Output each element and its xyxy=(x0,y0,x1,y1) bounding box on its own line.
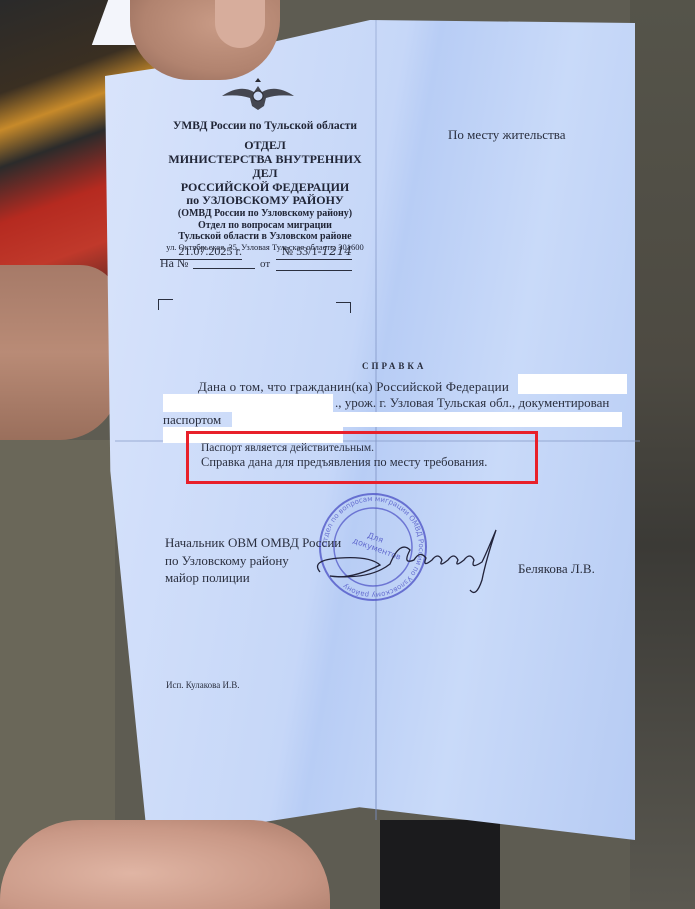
registration-prefix: № 53/1- xyxy=(282,244,322,258)
department-short: (ОМВД России по Узловскому району) xyxy=(160,208,370,220)
signer-position: Начальник ОВМ ОМВД России по Узловскому … xyxy=(165,534,341,587)
department-line: по УЗЛОВСКОМУ РАЙОНУ xyxy=(160,194,370,208)
body-text: ., урож. г. Узловая Тульская обл., докум… xyxy=(335,395,609,411)
corner-mark xyxy=(336,302,351,313)
corner-mark xyxy=(158,299,173,310)
reference-label: На № xyxy=(160,256,188,271)
reference-from-blank xyxy=(276,270,352,271)
signer-position-line: Начальник ОВМ ОМВД России xyxy=(165,534,341,552)
department-line: МИНИСТЕРСТВА ВНУТРЕННИХ ДЕЛ xyxy=(160,153,370,181)
subdivision-line: Отдел по вопросам миграции xyxy=(160,220,370,232)
body-text: паспортом xyxy=(163,412,221,428)
background-arm xyxy=(0,265,120,440)
redaction-box xyxy=(518,374,627,394)
addressee: По месту жительства xyxy=(448,127,565,143)
hand-bottom xyxy=(0,820,330,909)
redaction-box xyxy=(232,412,622,427)
signer-name: Белякова Л.В. xyxy=(518,561,595,577)
department-line: РОССИЙСКОЙ ФЕДЕРАЦИИ xyxy=(160,181,370,195)
reference-from-label: от xyxy=(260,258,270,270)
signer-position-line: майор полиции xyxy=(165,569,341,587)
letterhead: УМВД России по Тульской области ОТДЕЛ МИ… xyxy=(160,120,370,252)
body-text: Дана о том, что гражданин(ка) Российской… xyxy=(198,379,509,395)
background-leg xyxy=(380,820,500,909)
registration-number: № 53/1-1214 xyxy=(276,244,352,260)
document-title: СПРАВКА xyxy=(362,361,426,371)
background-right xyxy=(630,0,695,909)
thumb xyxy=(215,0,265,48)
reference-blank xyxy=(193,268,255,269)
department-line: ОТДЕЛ xyxy=(160,139,370,153)
authority-name: УМВД России по Тульской области xyxy=(160,120,370,133)
registration-handwritten: 1214 xyxy=(321,244,352,258)
highlight-annotation xyxy=(186,431,538,484)
eagle-emblem-icon xyxy=(220,76,296,112)
subdivision-line: Тульской области в Узловском районе xyxy=(160,231,370,243)
signer-position-line: по Узловскому району xyxy=(165,552,341,570)
redaction-box xyxy=(163,394,333,412)
executor: Исп. Кулакова И.В. xyxy=(166,680,240,690)
